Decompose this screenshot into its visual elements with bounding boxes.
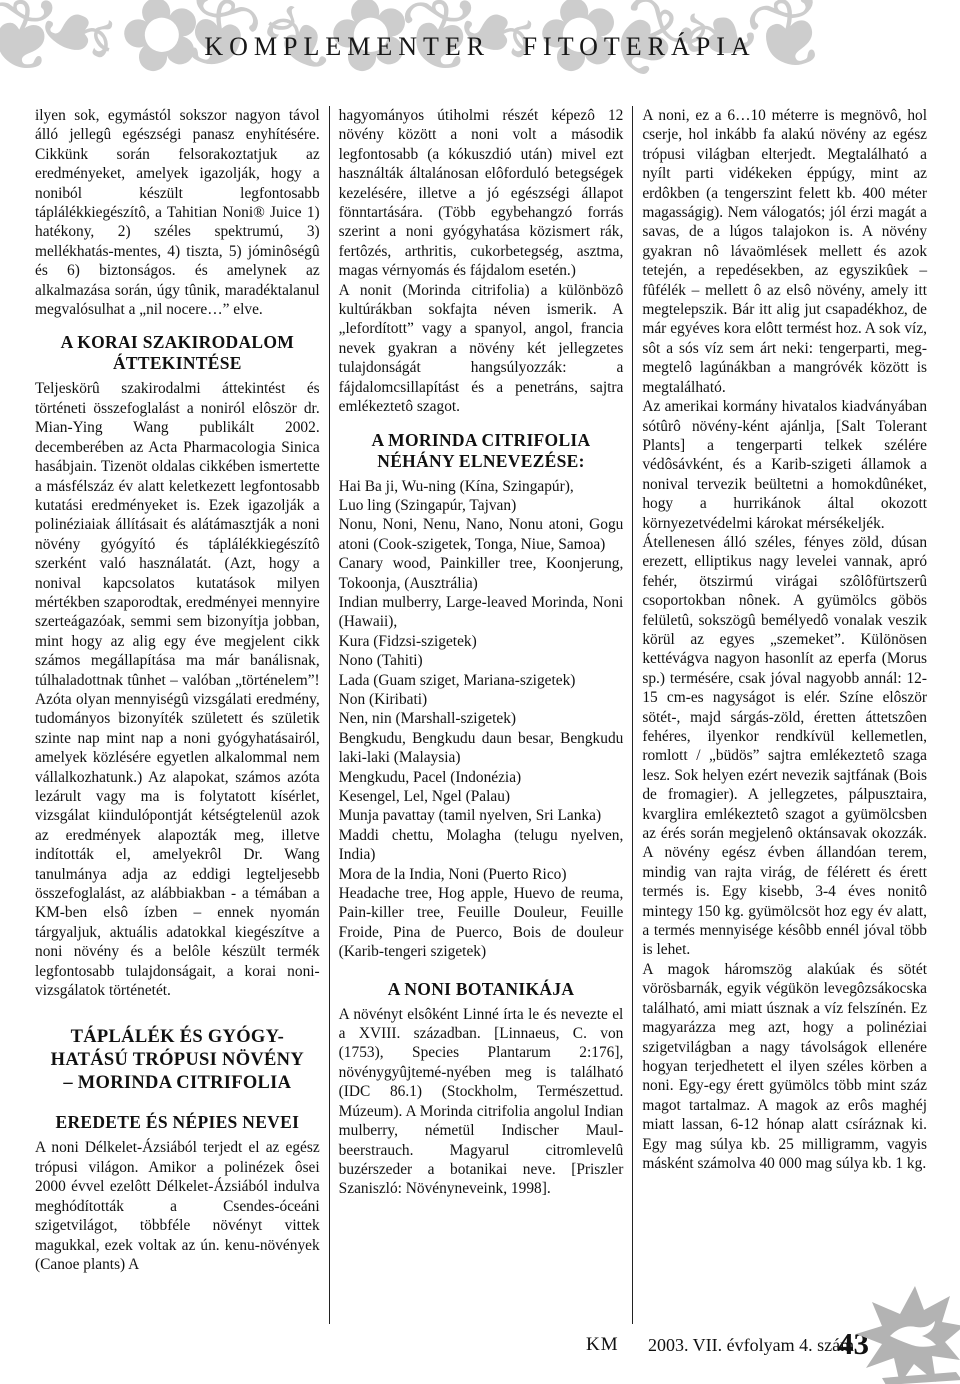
name-item: Canary wood, Painkiller tree, Koonjerung… xyxy=(339,554,624,593)
heading-origin-names: EREDETE ÉS NÉPIES NEVEI xyxy=(35,1112,320,1133)
heading-tropical-plant-line1: TÁPLÁLÉK ÉS GYÓGY- HATÁSÚ TRÓPUSI NÖVÉNY xyxy=(51,1027,304,1070)
issue-info: 2003. VII. évfolyam 4. szám xyxy=(648,1335,854,1356)
page-title: KOMPLEMENTER FITOTERÁPIA xyxy=(0,32,960,62)
heading-tropical-plant-line2: – MORINDA CITRIFOLIA xyxy=(63,1073,291,1093)
heading-tropical-plant: TÁPLÁLÉK ÉS GYÓGY- HATÁSÚ TRÓPUSI NÖVÉNY… xyxy=(35,1026,320,1095)
name-item: Hai Ba ji, Wu-ning (Kína, Szingapúr), xyxy=(339,477,624,496)
article-body: ilyen sok, egymástól sokszor nagyon távo… xyxy=(33,106,929,1324)
name-item: Kura (Fidzsi-szigetek) xyxy=(339,632,624,651)
name-item: Nonu, Noni, Nenu, Nano, Nonu atoni, Gogu… xyxy=(339,515,624,554)
heading-botany: A NONI BOTANIKÁJA xyxy=(339,979,624,1000)
col2-paragraph-naming: A nonit (Morinda citrifolia) a különbözô… xyxy=(339,281,624,417)
column-3: A noni, ez a 6…10 méterre is megnövô, ho… xyxy=(633,106,929,1324)
name-item: Mengkudu, Pacel (Indonézia) xyxy=(339,768,624,787)
name-item: Indian mulberry, Large-leaved Morinda, N… xyxy=(339,593,624,632)
page-footer: KM 2003. VII. évfolyam 4. szám 43 xyxy=(0,1326,960,1384)
column-1: ilyen sok, egymástól sokszor nagyon távo… xyxy=(33,106,330,1324)
col1-paragraph-origin: A noni Délkelet-Ázsiából terjedt el az e… xyxy=(35,1138,320,1274)
name-item: Nen, nin (Marshall-szigetek) xyxy=(339,709,624,728)
name-item: Kesengel, Lel, Ngel (Palau) xyxy=(339,787,624,806)
name-item: Non (Kiribati) xyxy=(339,690,624,709)
col2-paragraph-canoe: hagyományos útiholmi részét képezô 12 nö… xyxy=(339,106,624,281)
col1-paragraph-literature: Teljeskörû szakirodalmi áttekintést és t… xyxy=(35,379,320,1000)
name-item: Luo ling (Szingapúr, Tajvan) xyxy=(339,496,624,515)
journal-abbreviation: KM xyxy=(586,1334,619,1356)
col3-paragraph-seeds: A magok háromszög alakúak és sötét vörös… xyxy=(642,960,927,1173)
col1-paragraph-intro: ilyen sok, egymástól sokszor nagyon távo… xyxy=(35,106,320,319)
corner-leaf-graphic-icon xyxy=(852,1284,960,1384)
name-item: Headache tree, Hog apple, Huevo de reuma… xyxy=(339,884,624,962)
column-2: hagyományos útiholmi részét képezô 12 nö… xyxy=(330,106,634,1324)
name-item: Munja pavattay (tamil nyelven, Sri Lanka… xyxy=(339,806,624,825)
name-item: Nono (Tahiti) xyxy=(339,651,624,670)
name-item: Bengkudu, Bengkudu daun besar, Bengkudu … xyxy=(339,729,624,768)
name-item: Mora de la India, Noni (Puerto Rico) xyxy=(339,865,624,884)
col3-paragraph-salt-tolerant: Az amerikai kormány hivatalos kiadványáb… xyxy=(642,397,927,533)
col2-paragraph-botany: A növényt elsôként Linné írta le és neve… xyxy=(339,1005,624,1199)
magazine-page: ❦❧✿❦❧✿❦❧✿❦❧❦ KOMPLEMENTER FITOTERÁPIA il… xyxy=(0,0,960,1384)
name-item: Maddi chettu, Molagha (telugu nyelven, I… xyxy=(339,826,624,865)
names-list: Hai Ba ji, Wu-ning (Kína, Szingapúr), Lu… xyxy=(339,477,624,962)
name-item: Lada (Guam sziget, Mariana-szigetek) xyxy=(339,671,624,690)
heading-morinda-names: A MORINDA CITRIFOLIA NÉHÁNY ELNEVEZÉSE: xyxy=(339,430,624,472)
col3-paragraph-habitat: A noni, ez a 6…10 méterre is megnövô, ho… xyxy=(642,106,927,397)
heading-early-literature: A KORAI SZAKIRODALOM ÁTTEKINTÉSE xyxy=(35,332,320,374)
col3-paragraph-fruit: Átellenesen álló széles, fényes zöld, dú… xyxy=(642,533,927,960)
